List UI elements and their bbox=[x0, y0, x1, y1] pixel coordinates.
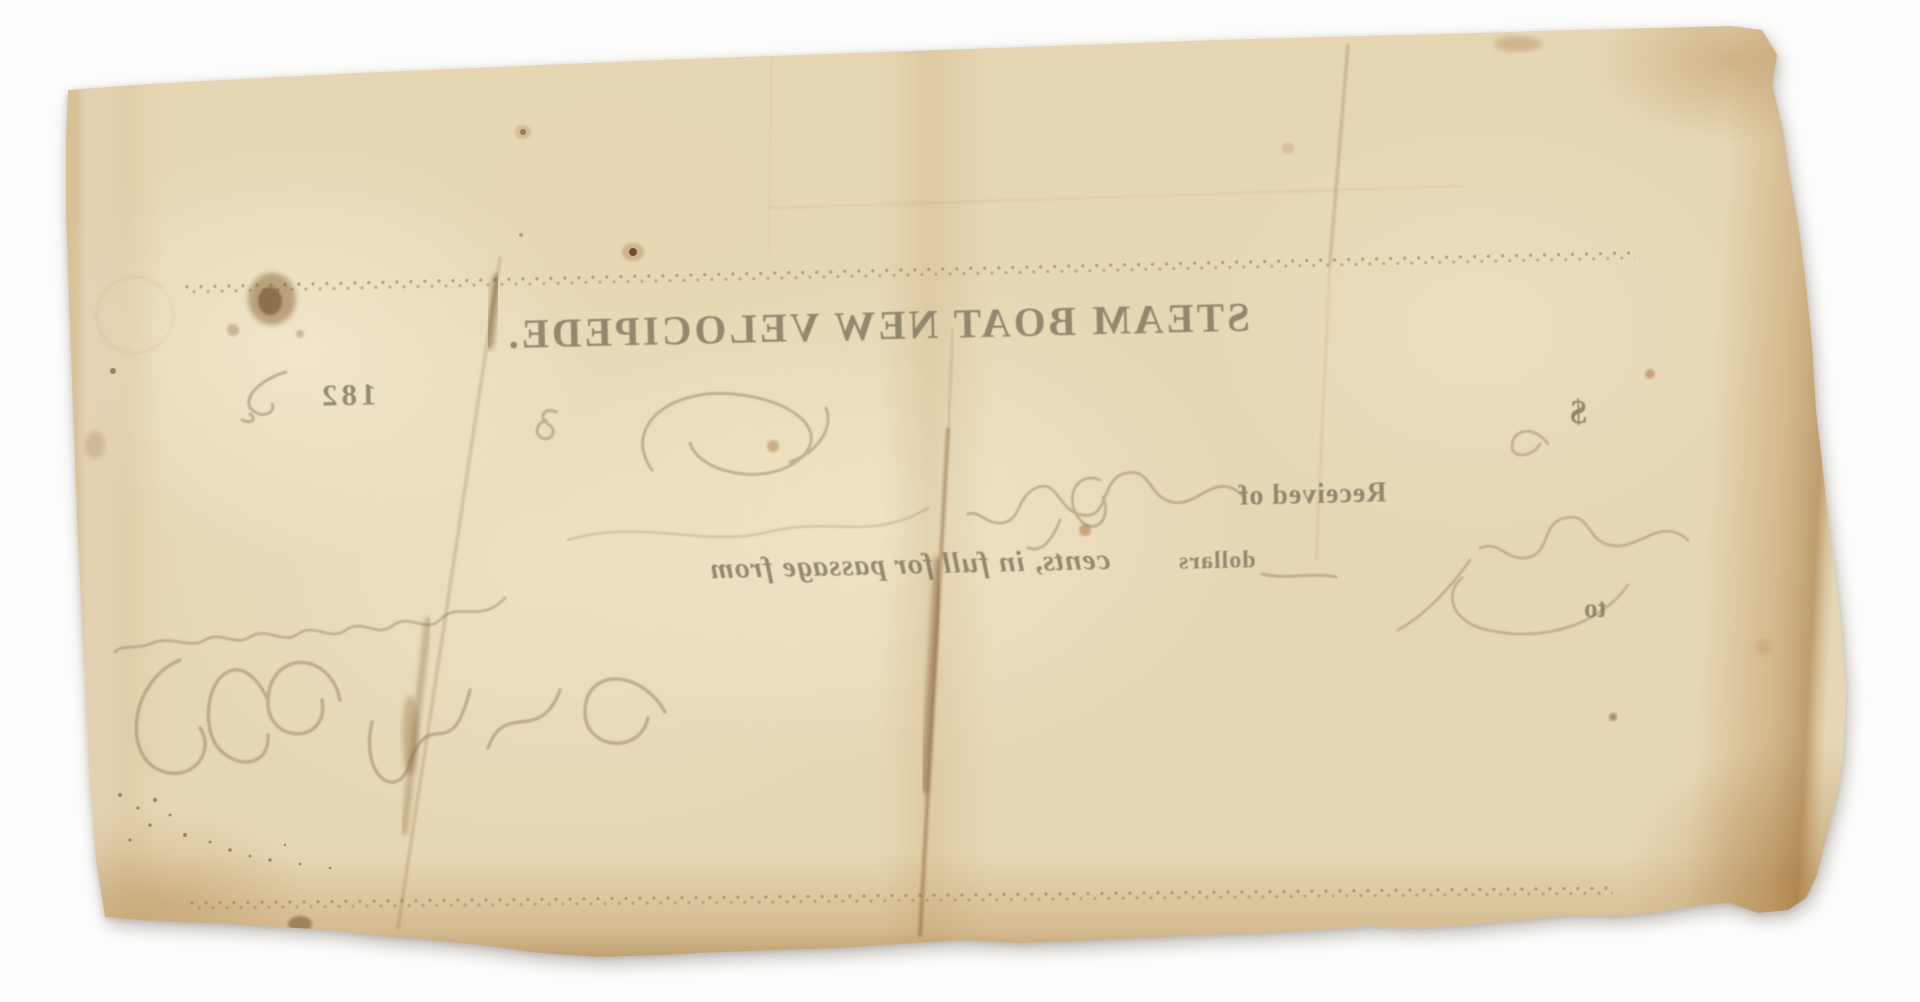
paper-shadow: STEAM BOAT NEW VELOCIPEDE. 182 $ Receive… bbox=[0, 0, 1920, 1002]
vertical-crease-faint bbox=[768, 60, 772, 252]
rust-dot-1 bbox=[767, 440, 779, 452]
fold-crease-right bbox=[1330, 45, 1348, 262]
fold-crease-left-stain bbox=[489, 278, 497, 345]
speckle-cluster bbox=[118, 793, 331, 869]
photo-background: STEAM BOAT NEW VELOCIPEDE. 182 $ Receive… bbox=[0, 0, 1920, 1002]
bottom-edge-blob bbox=[288, 916, 312, 932]
handwritten-dollars-dash bbox=[1262, 574, 1336, 577]
handwritten-destination-place bbox=[1398, 517, 1688, 634]
handwritten-fare-amount bbox=[1512, 431, 1548, 455]
handwritten-line2-wave bbox=[568, 508, 928, 540]
fold-crease-right-low bbox=[1316, 262, 1330, 560]
horizontal-crease bbox=[770, 186, 1462, 208]
rust-dot-3 bbox=[1645, 369, 1655, 379]
topright-smudge bbox=[1494, 36, 1542, 52]
bleedthrough-and-stains bbox=[0, 0, 1920, 1002]
fold-crease-left bbox=[398, 258, 500, 928]
handwritten-payer-name bbox=[968, 472, 1242, 549]
fold-creases bbox=[398, 45, 1462, 935]
handwritten-year-digit bbox=[242, 372, 286, 422]
handwritten-number-flourish bbox=[537, 393, 828, 474]
fold-crease-center-top bbox=[948, 330, 953, 430]
handwritten-signature bbox=[136, 660, 665, 782]
handwriting-bleedthrough bbox=[115, 372, 1688, 782]
receipt-paper-verso: STEAM BOAT NEW VELOCIPEDE. 182 $ Receive… bbox=[0, 0, 1920, 1002]
